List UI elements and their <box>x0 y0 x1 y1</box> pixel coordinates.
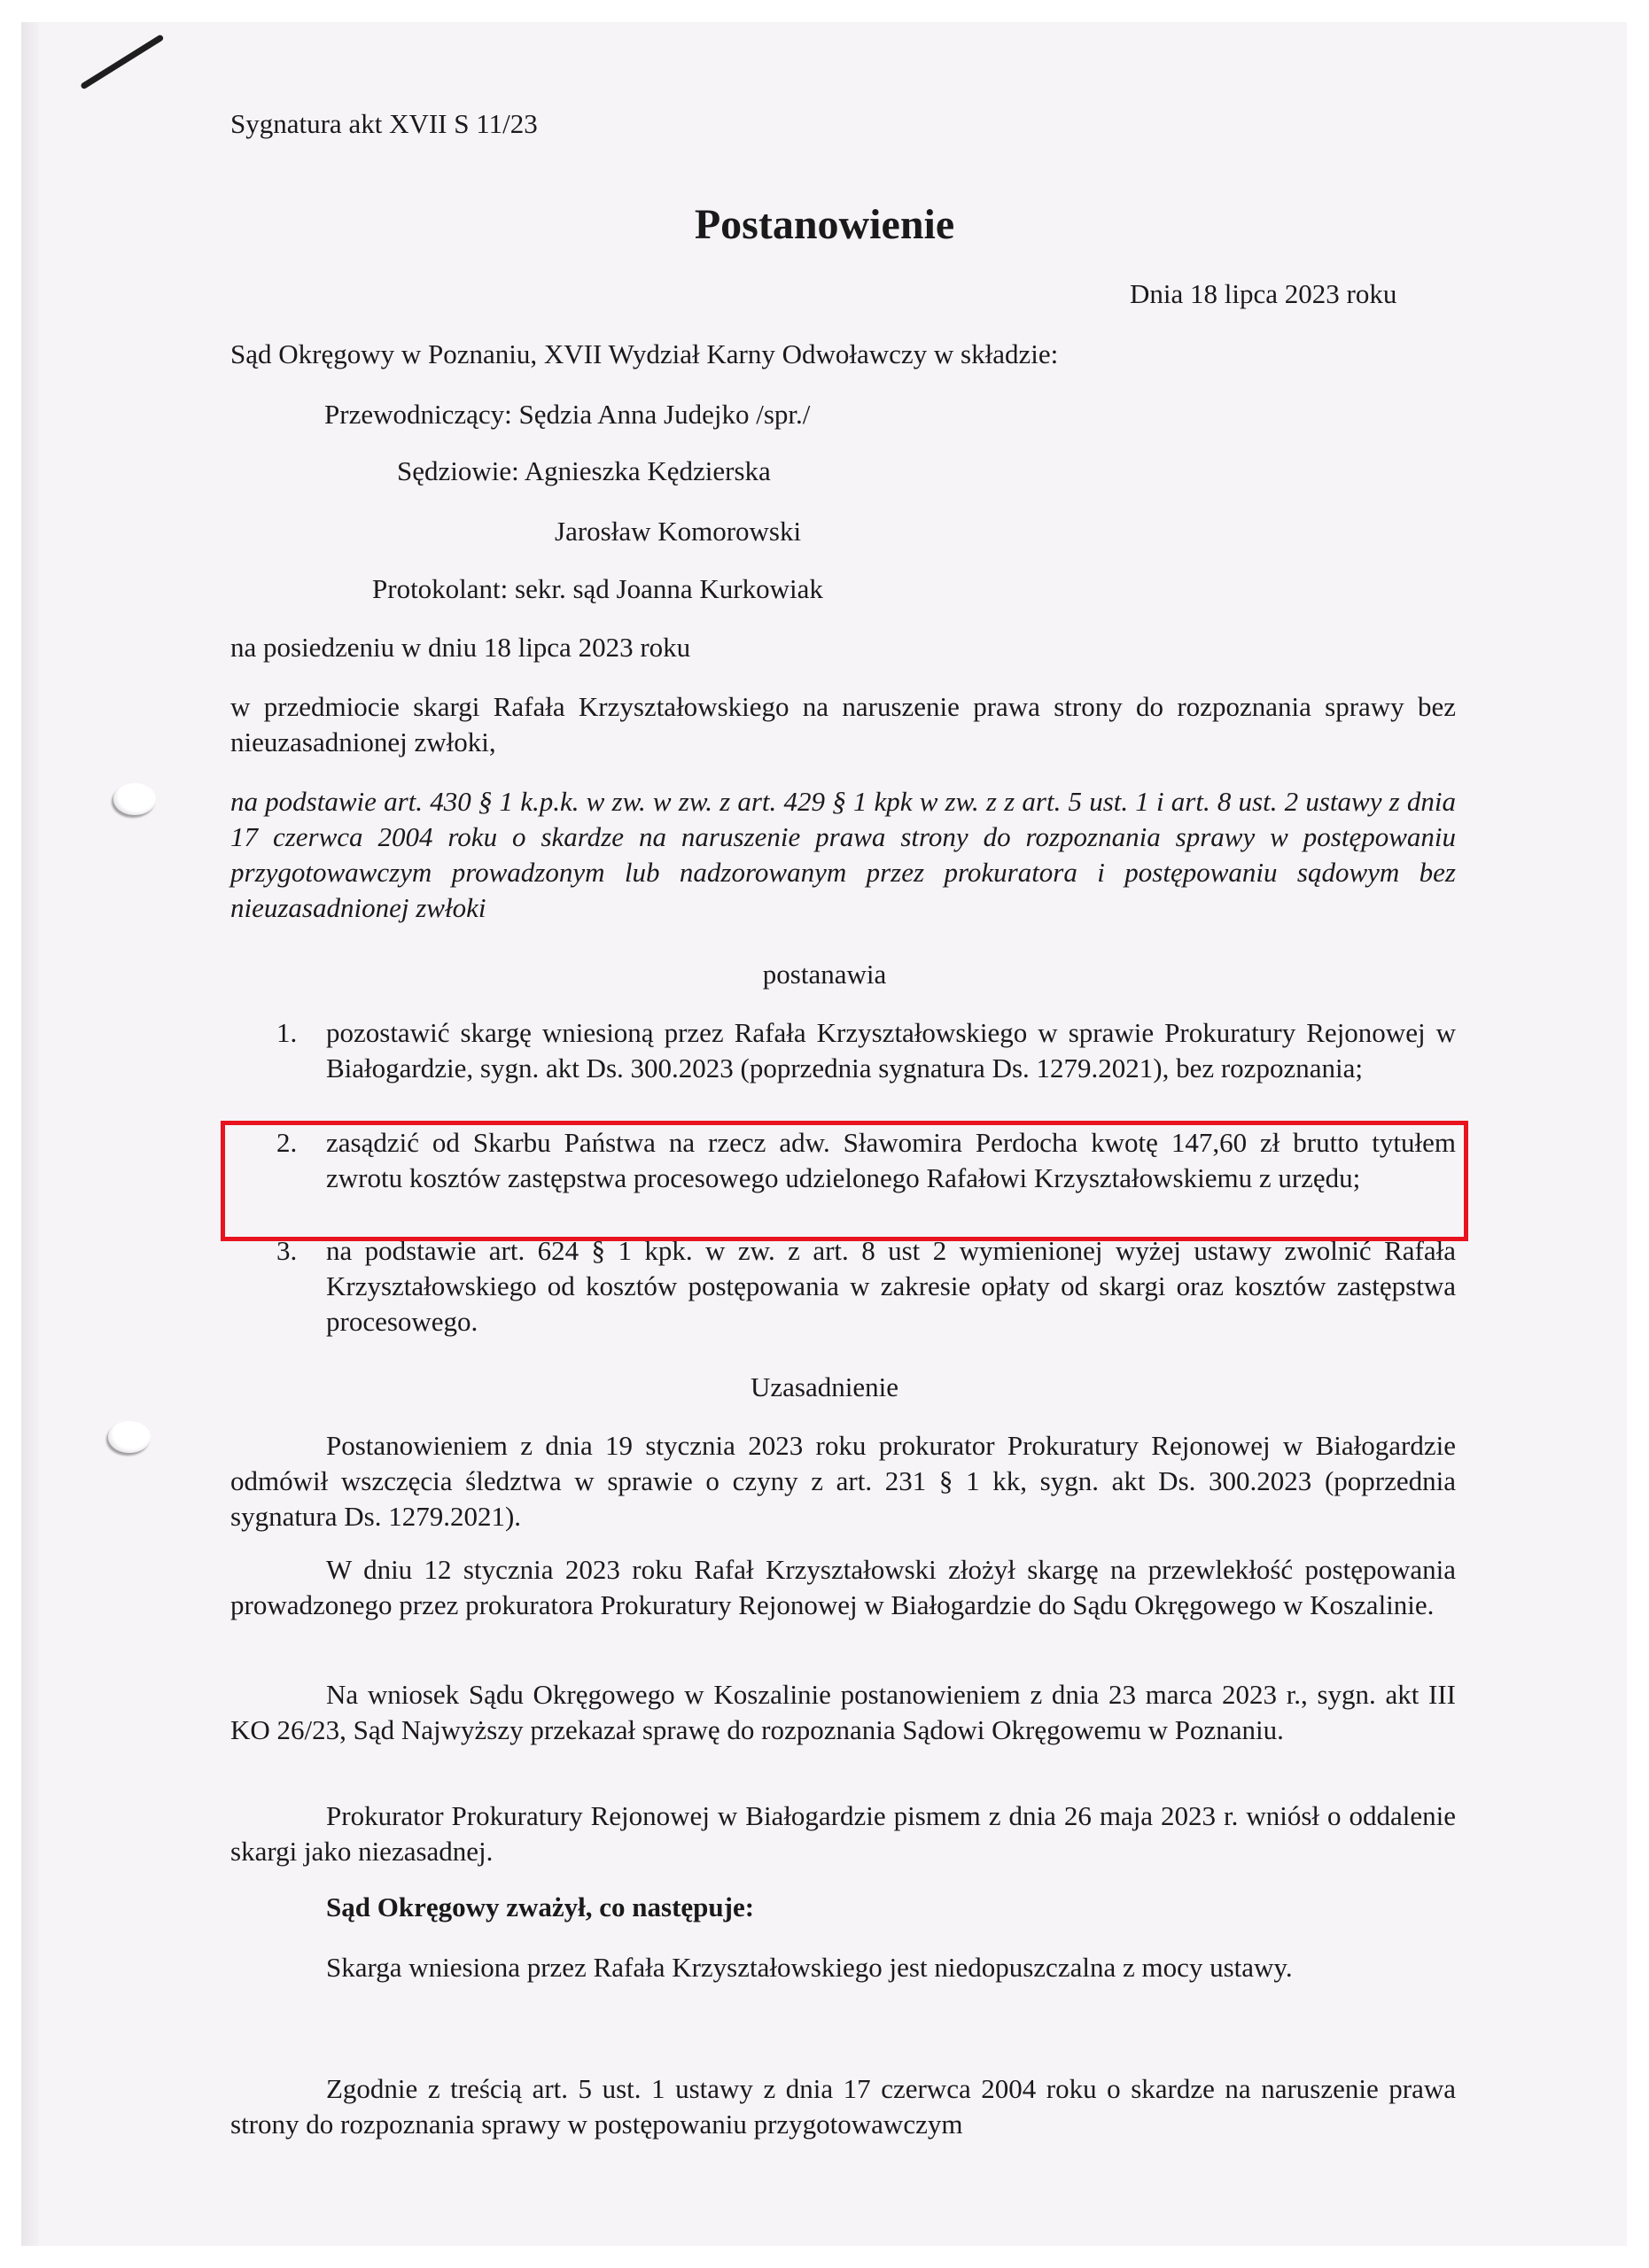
reasoning-paragraph-2: Zgodnie z treścią art. 5 ust. 1 ustawy z… <box>230 2071 1456 2142</box>
ruling-item-3: 3. na podstawie art. 624 § 1 kpk. w zw. … <box>276 1233 1456 1340</box>
ruling-text: na podstawie art. 624 § 1 kpk. w zw. z a… <box>276 1233 1456 1340</box>
punch-hole-icon <box>113 783 156 815</box>
subject-paragraph: w przedmiocie skargi Rafała Krzyształows… <box>230 689 1456 760</box>
reasoning-paragraph-1: Skarga wniesiona przez Rafała Krzyształo… <box>230 1950 1456 1985</box>
session-date: na posiedzeniu w dniu 18 lipca 2023 roku <box>230 630 690 665</box>
page-left-edge-shadow <box>21 22 39 2246</box>
highlight-annotation-box <box>221 1121 1468 1241</box>
case-signature: Sygnatura akt XVII S 11/23 <box>230 106 538 142</box>
ruling-text: pozostawić skargę wniesioną przez Rafała… <box>276 1015 1456 1086</box>
court-considered-heading: Sąd Okręgowy zważył, co następuje: <box>326 1890 754 1925</box>
document-title: Postanowienie <box>0 198 1649 252</box>
court-clerk: Protokolant: sekr. sąd Joanna Kurkowiak <box>372 571 823 607</box>
decides-heading: postanawia <box>0 957 1649 992</box>
ruling-number: 1. <box>276 1015 319 1051</box>
justification-paragraph-4: Prokurator Prokuratury Rejonowej w Biało… <box>230 1798 1456 1869</box>
legal-basis-paragraph: na podstawie art. 430 § 1 k.p.k. w zw. w… <box>230 784 1456 926</box>
justification-paragraph-2: W dniu 12 stycznia 2023 roku Rafał Krzys… <box>230 1552 1456 1623</box>
court-line: Sąd Okręgowy w Poznaniu, XVII Wydział Ka… <box>230 337 1058 372</box>
document-date: Dnia 18 lipca 2023 roku <box>1130 276 1396 312</box>
justification-paragraph-3: Na wniosek Sądu Okręgowego w Koszalinie … <box>230 1677 1456 1748</box>
justification-paragraph-1: Postanowieniem z dnia 19 stycznia 2023 r… <box>230 1428 1456 1534</box>
judges-line-1: Sędziowie: Agnieszka Kędzierska <box>397 454 771 489</box>
judges-line-2: Jarosław Komorowski <box>555 514 801 549</box>
punch-hole-icon <box>108 1421 151 1453</box>
presiding-judge: Przewodniczący: Sędzia Anna Judejko /spr… <box>324 397 810 432</box>
justification-heading: Uzasadnienie <box>0 1370 1649 1405</box>
ruling-item-1: 1. pozostawić skargę wniesioną przez Raf… <box>276 1015 1456 1086</box>
